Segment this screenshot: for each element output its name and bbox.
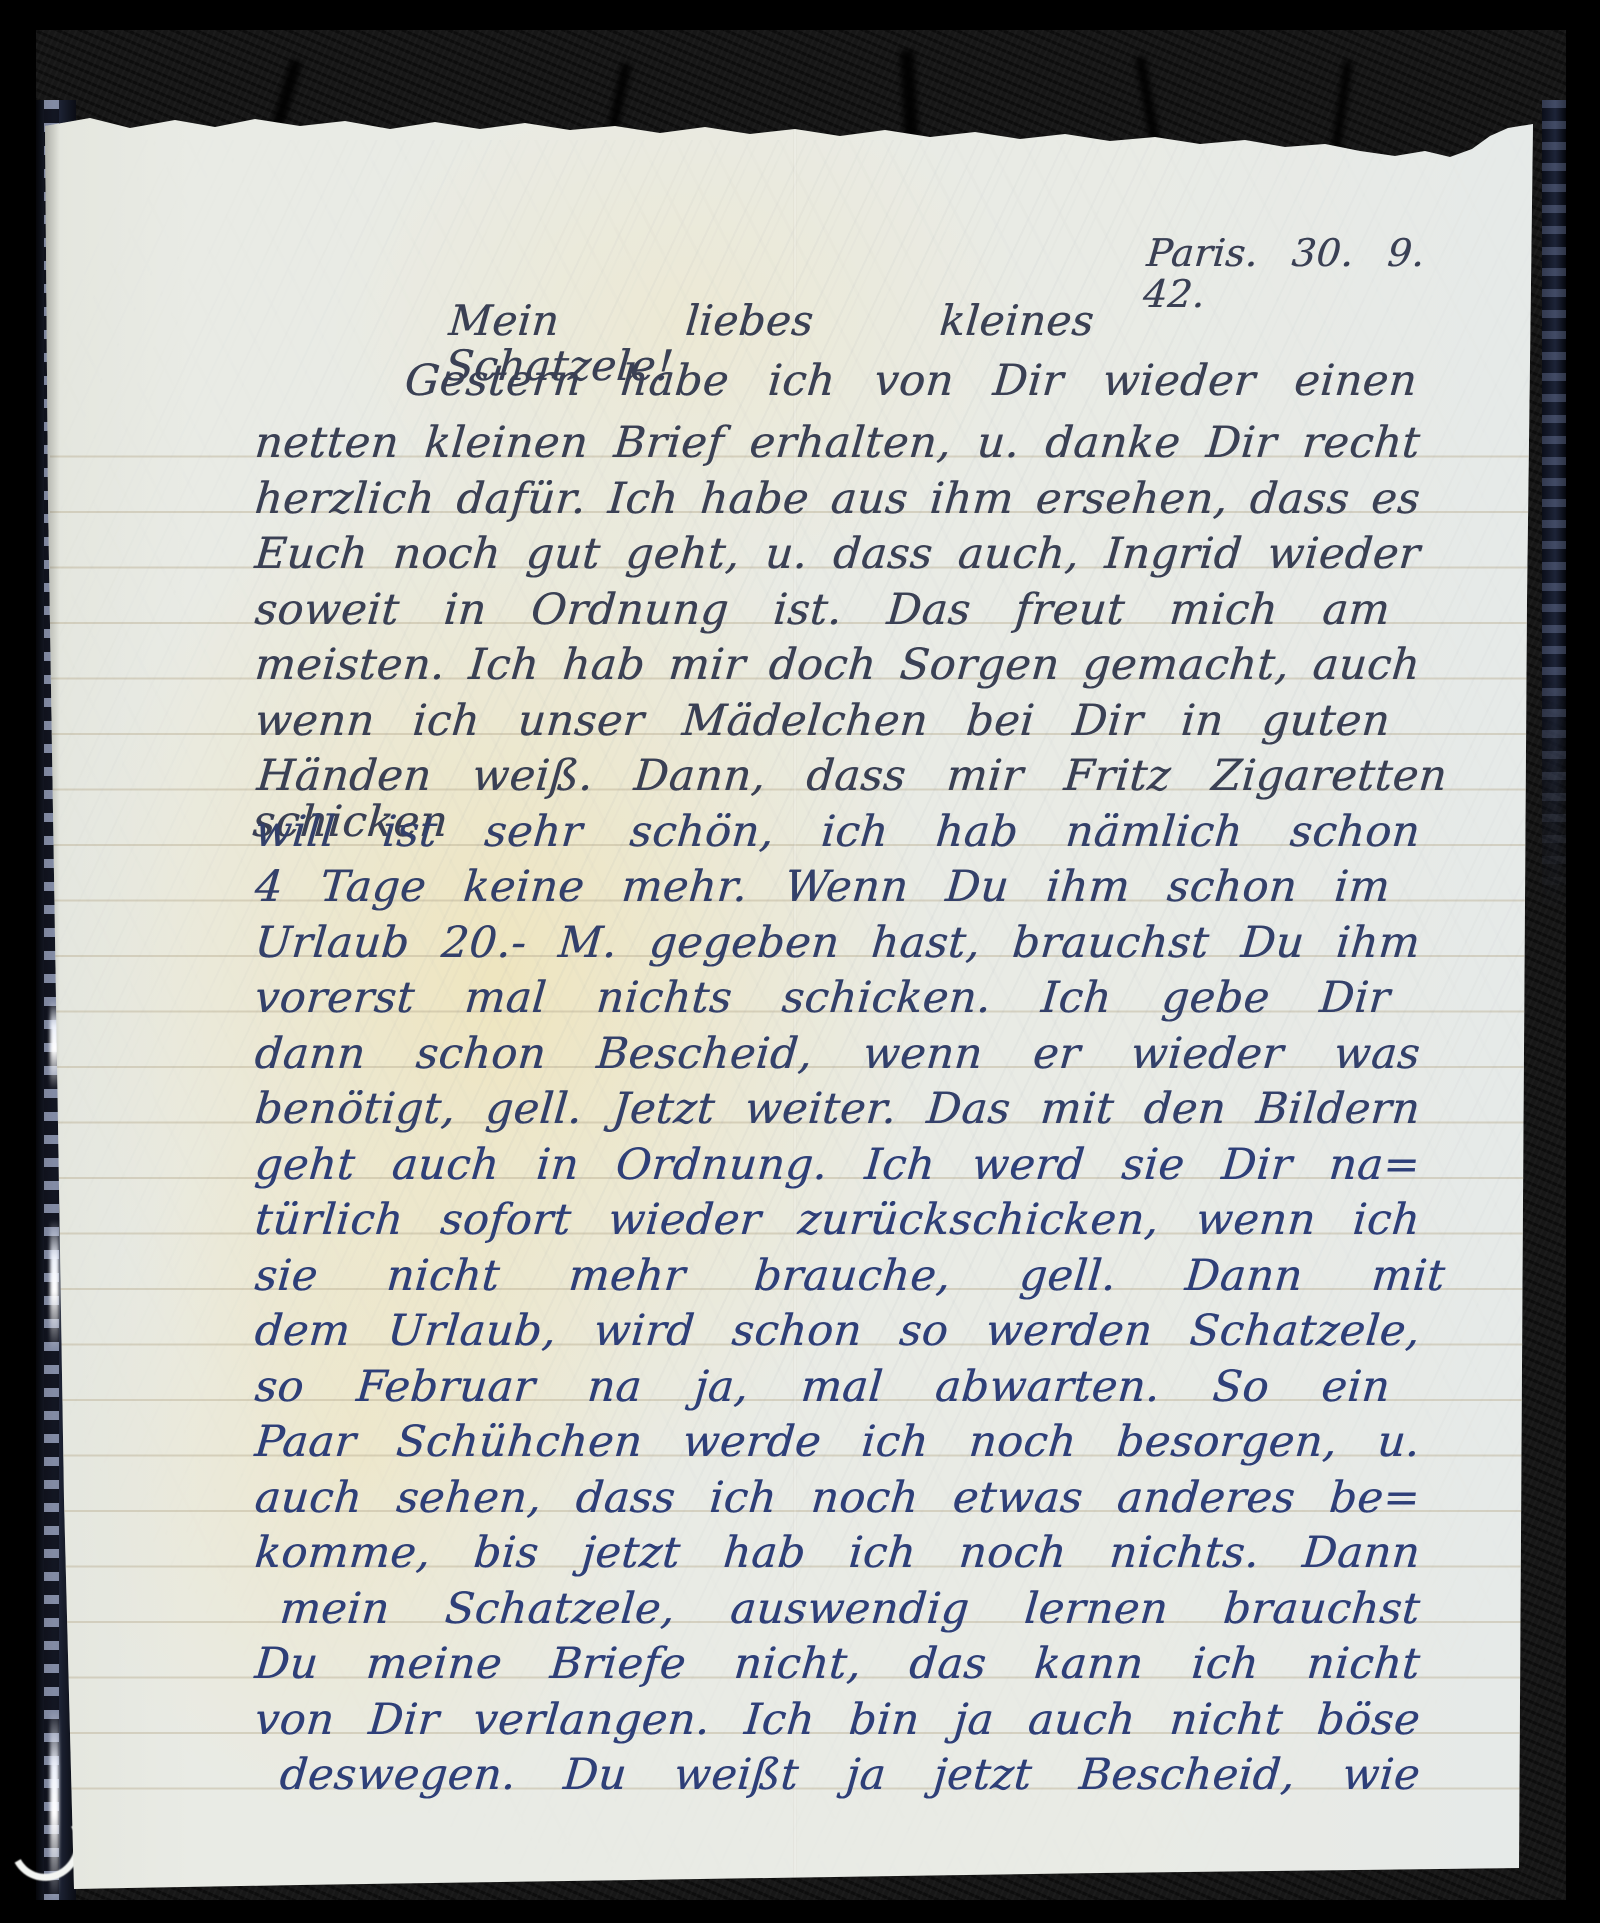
handwritten-line: geht auch in Ordnung. Ich werd sie Dir n… xyxy=(253,1142,1422,1188)
handwritten-line: benötigt, gell. Jetzt weiter. Das mit de… xyxy=(253,1086,1422,1132)
handwritten-line: komme, bis jetzt hab ich noch nichts. Da… xyxy=(253,1530,1422,1576)
handwritten-line: türlich sofort wieder zurückschicken, we… xyxy=(253,1197,1422,1243)
handwritten-line: mein Schatzele, auswendig lernen brauchs… xyxy=(278,1586,1422,1632)
handwritten-line: will ist sehr schön, ich hab nämlich sch… xyxy=(253,809,1422,855)
letter-date: Paris. 30. 9. 42. xyxy=(1141,233,1426,315)
handwritten-line: Du meine Briefe nicht, das kann ich nich… xyxy=(253,1641,1422,1687)
letter-page: Paris. 30. 9. 42. Mein liebes kleines Sc… xyxy=(0,0,1600,1923)
handwritten-line: so Februar na ja, mal abwarten. So ein xyxy=(253,1364,1392,1410)
handwritten-line: Paar Schühchen werde ich noch besorgen, … xyxy=(253,1419,1422,1465)
scanned-letter: Paris. 30. 9. 42. Mein liebes kleines Sc… xyxy=(0,0,1600,1923)
handwritten-line: dem Urlaub, wird schon so werden Schatze… xyxy=(253,1308,1422,1354)
handwritten-line: wenn ich unser Mädelchen bei Dir in gute… xyxy=(253,698,1392,744)
handwritten-line: Gestern habe ich von Dir wieder einen xyxy=(403,358,1419,404)
handwritten-line: soweit in Ordnung ist. Das freut mich am xyxy=(253,587,1392,633)
handwritten-line: Urlaub 20.- M. gegeben hast, brauchst Du… xyxy=(253,920,1422,966)
handwritten-line: 4 Tage keine mehr. Wenn Du ihm schon im xyxy=(253,864,1392,910)
handwritten-line: herzlich dafür. Ich habe aus ihm ersehen… xyxy=(253,476,1422,522)
handwritten-line: dann schon Bescheid, wenn er wieder was xyxy=(253,1031,1422,1077)
sleeve-stitching-right xyxy=(1542,100,1566,910)
handwritten-line: auch sehen, dass ich noch etwas anderes … xyxy=(253,1475,1422,1521)
handwritten-line: von Dir verlangen. Ich bin ja auch nicht… xyxy=(253,1697,1422,1743)
handwritten-line: meisten. Ich hab mir doch Sorgen gemacht… xyxy=(253,642,1422,688)
handwritten-line: deswegen. Du weißt ja jetzt Bescheid, wi… xyxy=(278,1752,1422,1798)
handwritten-line: netten kleinen Brief erhalten, u. danke … xyxy=(253,420,1422,466)
handwritten-line: vorerst mal nichts schicken. Ich gebe Di… xyxy=(253,975,1392,1021)
handwritten-line: Euch noch gut geht, u. dass auch, Ingrid… xyxy=(253,531,1422,577)
sleeve-highlight xyxy=(50,1220,59,1350)
handwritten-line: sie nicht mehr brauche, gell. Dann mit xyxy=(253,1253,1447,1299)
